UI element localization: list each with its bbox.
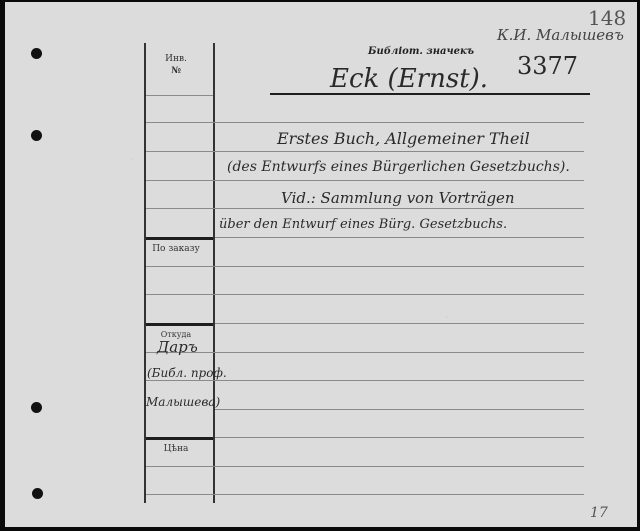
price-label: Цѣна (142, 444, 210, 454)
source-value-line-2: (Библ. проф. (147, 366, 227, 380)
ruled-line (146, 466, 584, 467)
inv-label: Инв. (142, 54, 210, 64)
ruled-line (146, 380, 584, 381)
call-number: 3377 (517, 52, 578, 80)
ruled-line (146, 208, 584, 209)
ruled-line (215, 437, 584, 438)
title-line-1: Erstes Buch, Allgemeiner Theil (277, 129, 530, 148)
punch-hole (32, 488, 43, 499)
section-divider (146, 437, 213, 440)
source-value-line-1: Даръ (157, 338, 198, 356)
punch-hole (31, 402, 42, 413)
title-line-2: (des Entwurfs eines Bürgerlichen Gesetzb… (227, 159, 570, 175)
number-label: № (142, 66, 210, 76)
left-column-border-right (213, 43, 215, 503)
bottom-right-mark: 17 (590, 505, 608, 521)
left-column-border-left (144, 43, 146, 503)
section-divider (146, 323, 213, 326)
ruled-line (146, 494, 584, 495)
punch-hole (31, 48, 42, 59)
source-value-line-3: Малышева) (146, 395, 220, 409)
punch-hole (31, 130, 42, 141)
ruled-line (146, 151, 584, 152)
ruled-line (215, 323, 584, 324)
ruled-line (146, 122, 584, 123)
ruled-line (146, 180, 584, 181)
library-mark-label: Библіот. значекъ (368, 46, 474, 57)
author-name: Eck (Ernst). (330, 64, 488, 94)
donor-name: К.И. Малышевъ (497, 26, 624, 44)
catalog-card: Инв. № По заказу Откуда Даръ (Библ. проф… (5, 2, 637, 527)
order-label: По заказу (142, 244, 210, 254)
ruled-line (146, 266, 584, 267)
ruled-line (215, 409, 584, 410)
ruled-line (215, 237, 584, 238)
title-line-4: über den Entwurf eines Bürg. Gesetzbuchs… (219, 217, 507, 232)
title-line-3: Vid.: Sammlung von Vorträgen (281, 189, 515, 207)
ruled-line (146, 95, 213, 96)
ruled-line (146, 294, 584, 295)
ruled-line (146, 352, 584, 353)
section-divider (146, 237, 213, 240)
